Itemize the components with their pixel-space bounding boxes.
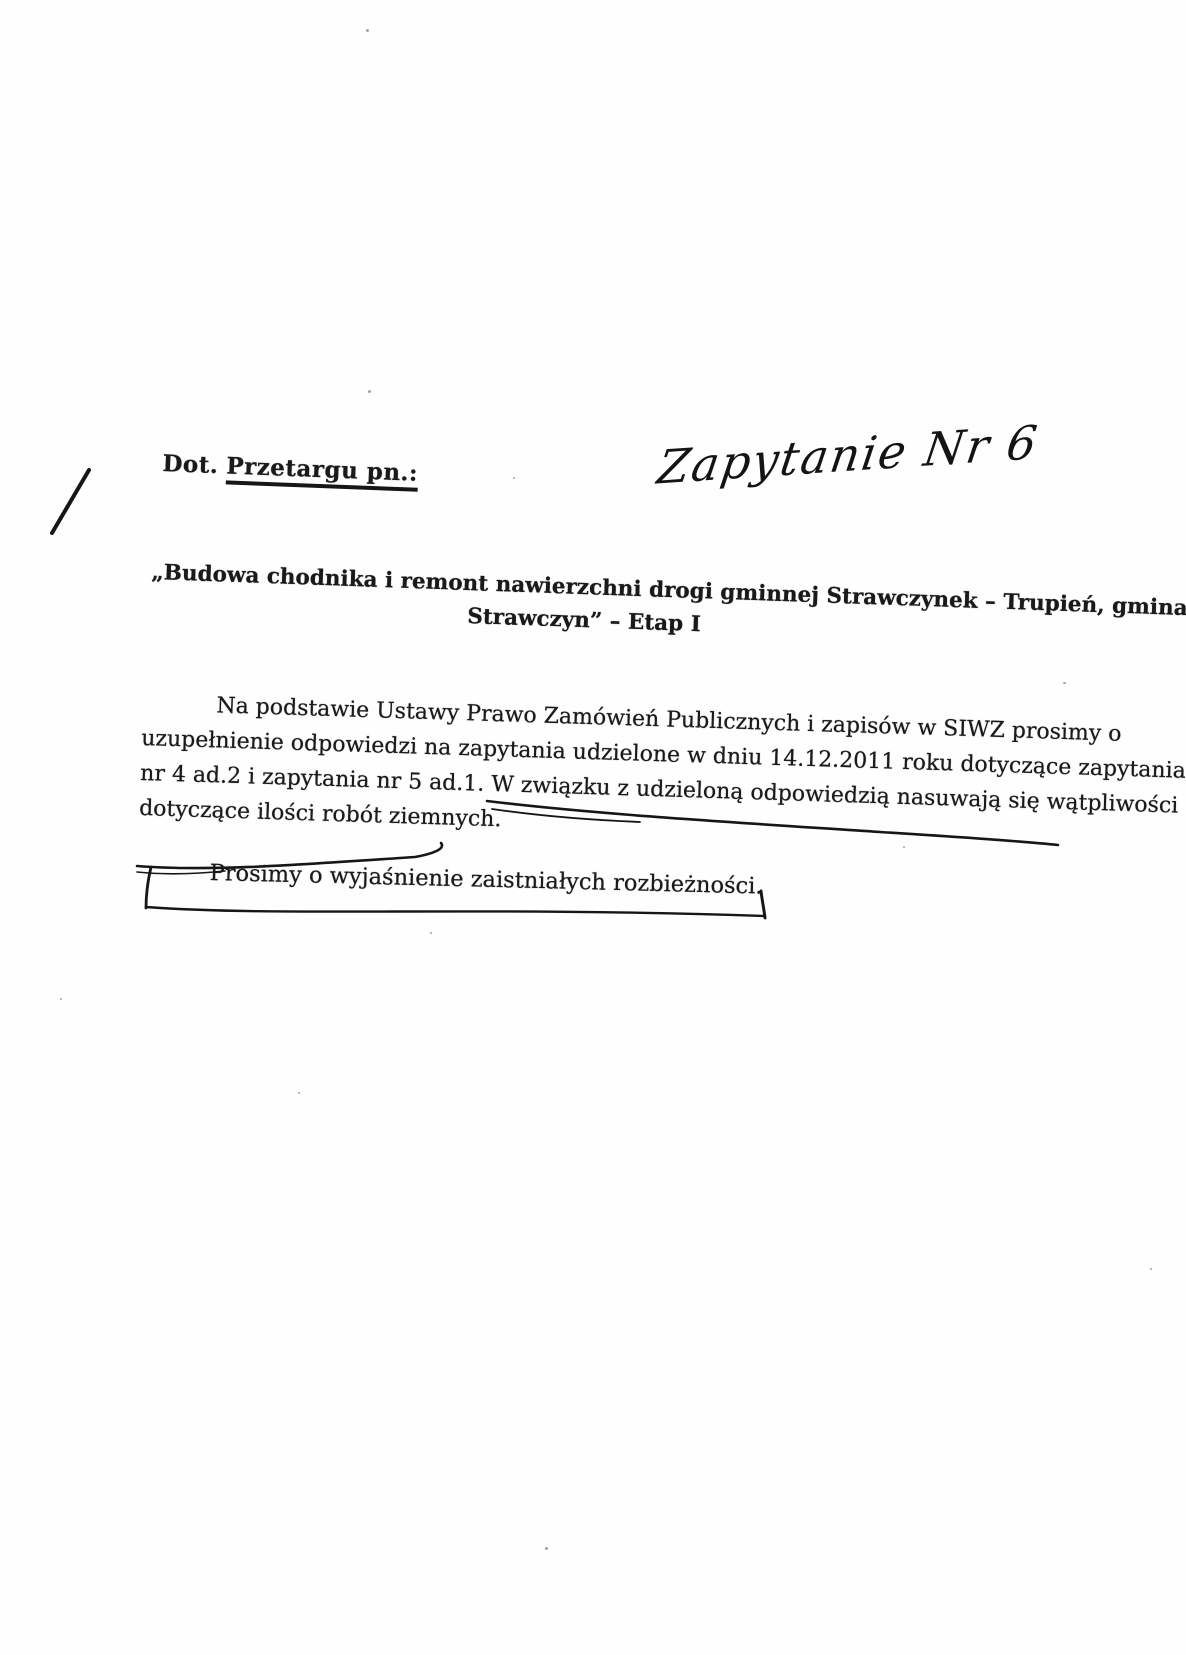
handwritten-slash-mark <box>52 470 89 533</box>
reference-line: Dot.Przetargu pn.: <box>162 450 419 487</box>
hand-bracket-line <box>146 907 764 916</box>
reference-title: Przetargu pn.: <box>226 452 419 491</box>
scan-speck <box>430 932 432 934</box>
scan-speck <box>298 1092 300 1094</box>
scan-speck <box>545 1547 548 1550</box>
handwritten-note: Zapytanie Nr 6 <box>654 415 1042 495</box>
scan-speck <box>1063 682 1066 684</box>
scanned-document-page: Dot.Przetargu pn.: Zapytanie Nr 6 „Budow… <box>0 0 1186 1655</box>
scan-speck <box>60 998 62 1000</box>
scan-speck <box>903 846 905 848</box>
scan-speck <box>513 477 515 479</box>
closing-line: Prosimy o wyjaśnienie zaistniałych rozbi… <box>209 860 762 900</box>
scan-speck <box>1150 1268 1152 1270</box>
scan-speck <box>366 29 369 32</box>
hand-bracket-left-tick <box>146 867 151 908</box>
body-paragraph: Na podstawie Ustawy Prawo Zamówień Publi… <box>139 686 1186 859</box>
document-title: „Budowa chodnika i remont nawierzchni dr… <box>150 556 1020 652</box>
reference-label: Dot. <box>162 450 219 479</box>
scan-speck <box>368 390 371 393</box>
